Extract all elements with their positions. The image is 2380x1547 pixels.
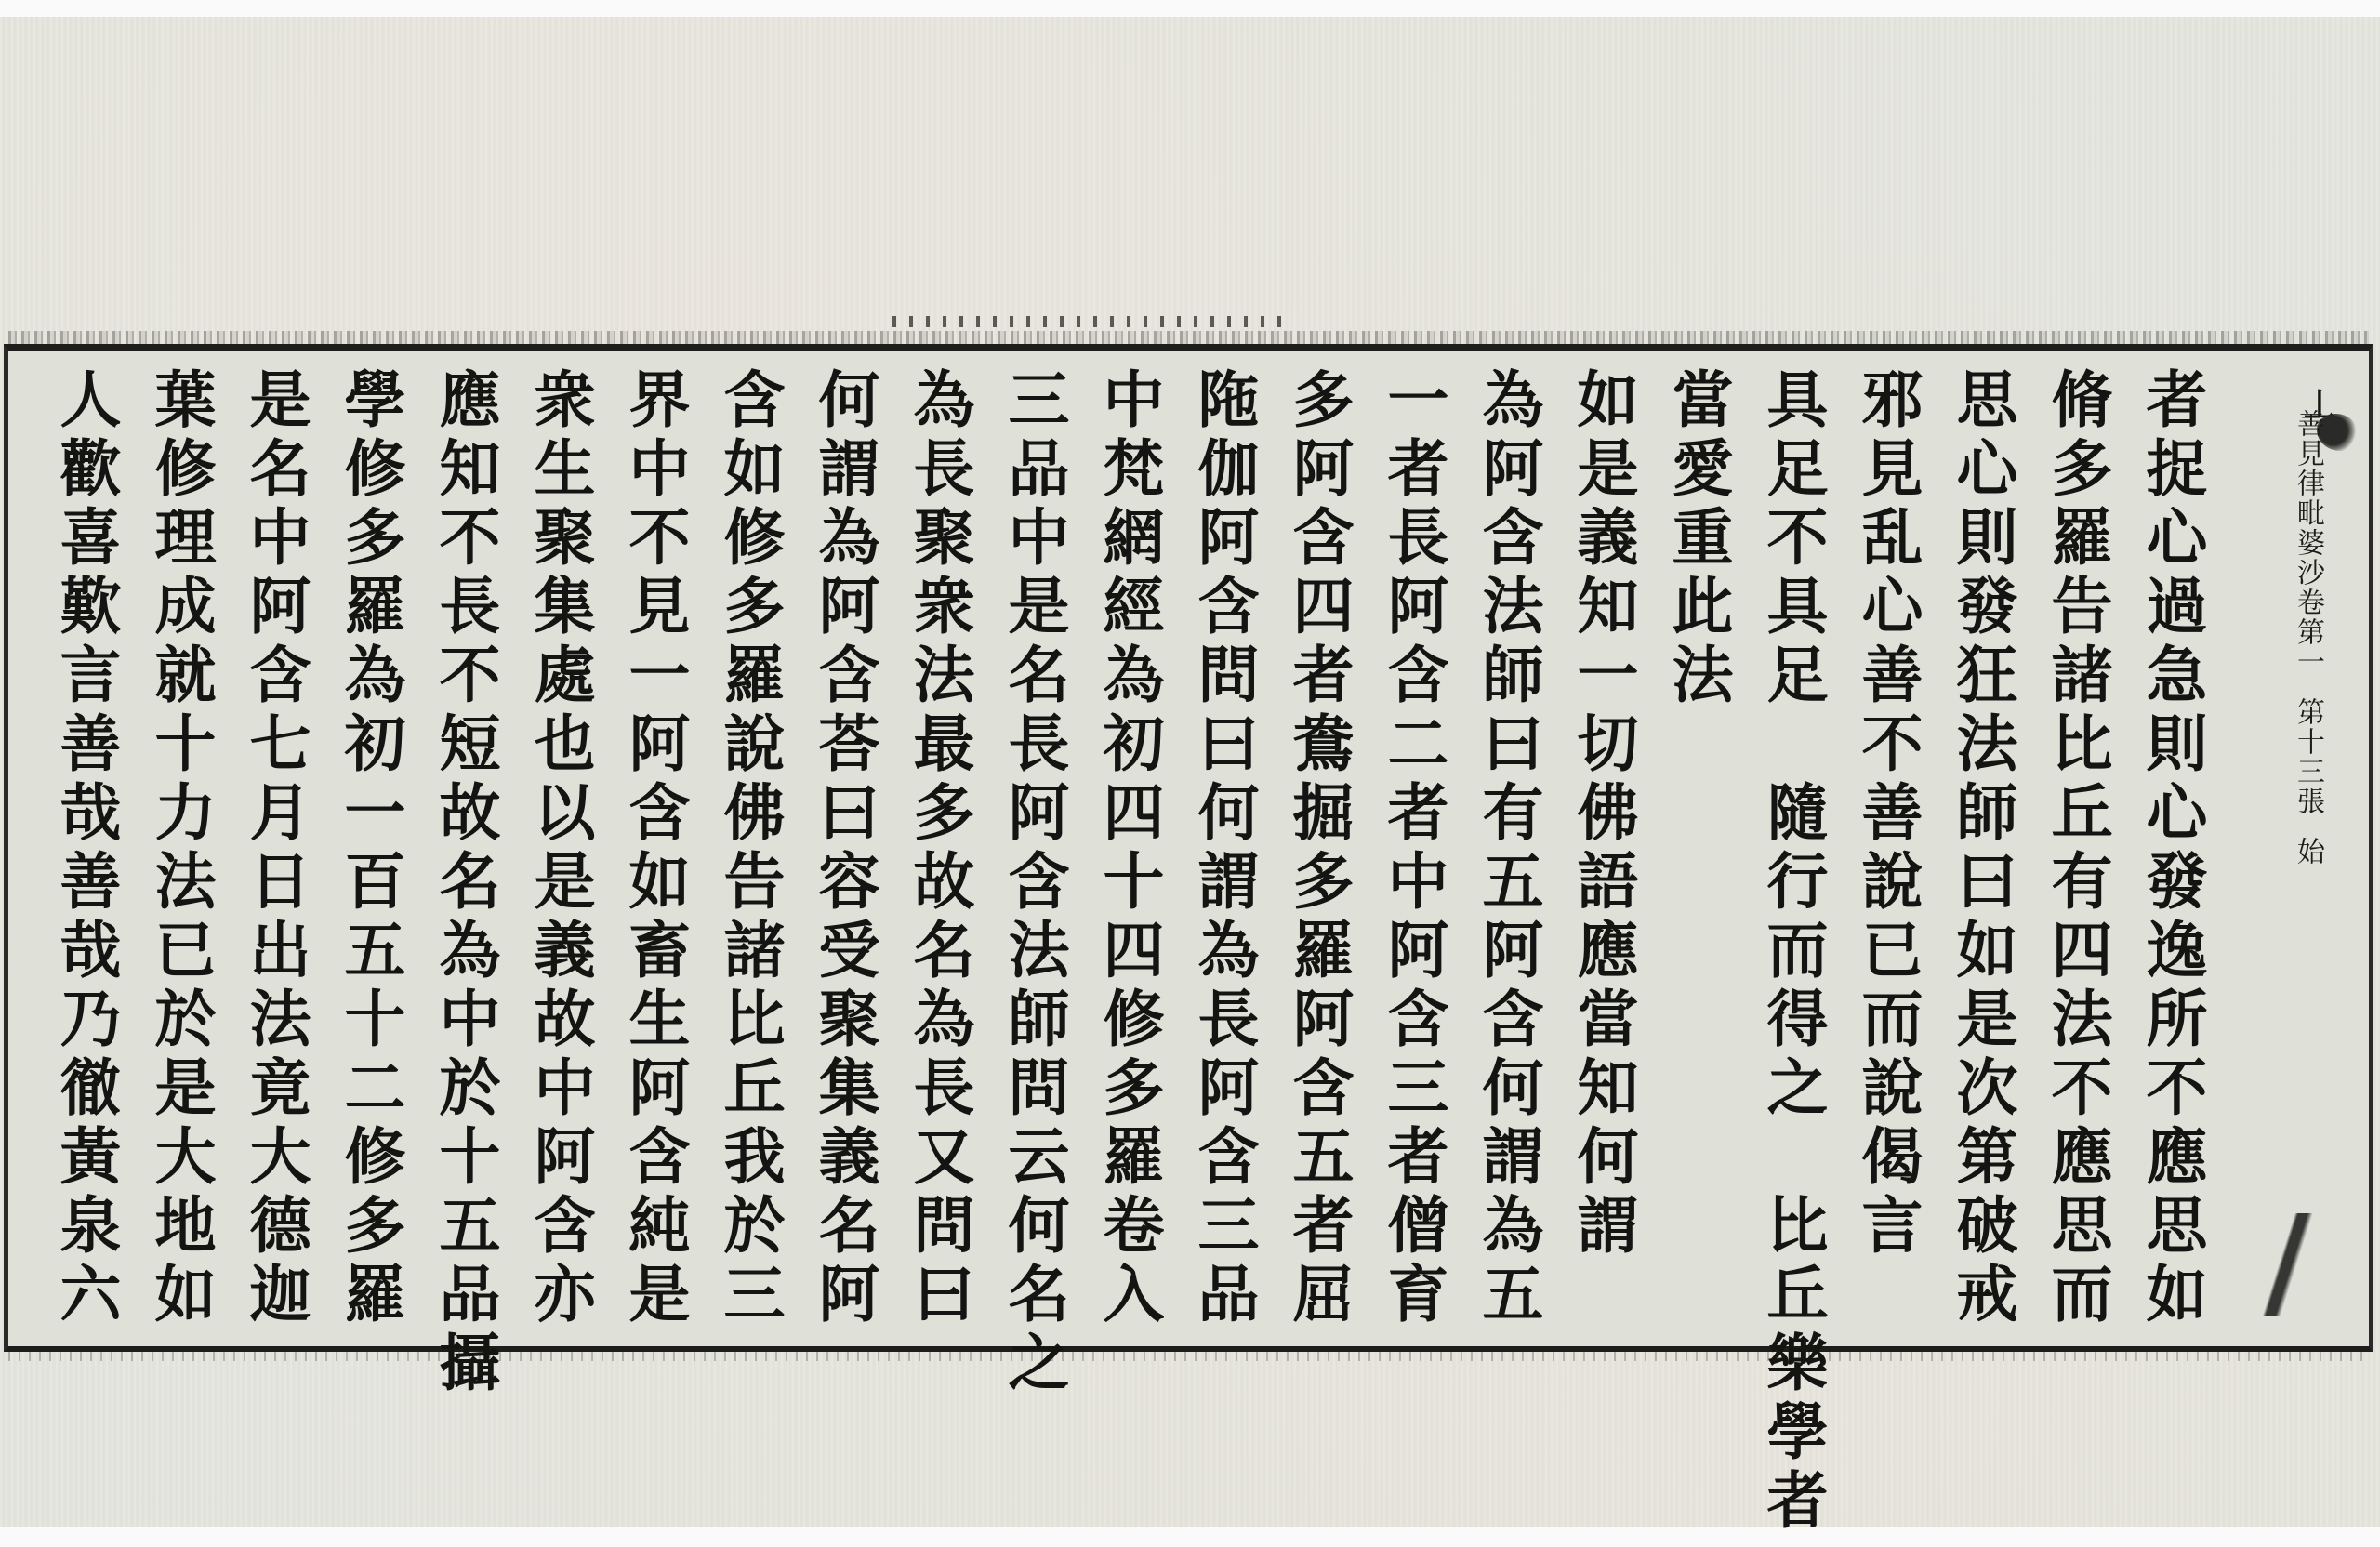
text-column-8: 為阿含法師曰有五阿含何謂為五 xyxy=(1465,367,1551,1330)
text-column-2: 脩多羅告諸比丘有四法不應思而 xyxy=(2034,367,2120,1330)
sheet-number: 第十三張 xyxy=(2292,697,2324,816)
text-column-10: 多阿含四者鴦掘多羅阿含五者屈 xyxy=(1276,367,1361,1330)
text-column-16: 含如修多羅說佛告諸比丘我於三 xyxy=(707,367,792,1330)
text-column-12: 中梵網經為初四十四修多羅卷入 xyxy=(1086,367,1171,1330)
text-column-21: 是名中阿含七月日出法竟大德迦 xyxy=(232,367,318,1330)
text-column-22: 葉修理成就十力法已於是大地如 xyxy=(138,367,223,1330)
text-column-1: 者捉心過急則心發逸所不應思如 xyxy=(2129,367,2215,1330)
text-column-18: 衆生聚集處也以是義故中阿含亦 xyxy=(517,367,602,1330)
text-column-13: 三品中是名長阿含法師問云何名之 xyxy=(991,367,1077,1399)
margin-mark: 始 xyxy=(2292,837,2324,866)
text-column-4: 邪見乱心善不善說已而說偈言 xyxy=(1844,367,1930,1262)
text-column-15: 何謂為阿含荅曰容受聚集義名阿 xyxy=(801,367,887,1330)
text-column-14: 為長聚衆法最多故名為長又問曰 xyxy=(896,367,982,1330)
text-column-11: 陁伽阿含問曰何謂為長阿含三品 xyxy=(1181,367,1266,1330)
text-column-23: 人歡喜歎言善哉善哉乃徹黃泉六 xyxy=(43,367,128,1330)
margin-title-note: 善見律毗婆沙卷第一第十三張始 xyxy=(2289,409,2326,866)
ink-smudge xyxy=(892,316,1283,327)
text-column-3: 思心則發狂法師曰如是次第破戒 xyxy=(1939,367,2025,1330)
text-column-19: 應知不長不短故名為中於十五品攝 xyxy=(422,367,508,1399)
text-column-7: 如是義知一切佛語應當知何謂 xyxy=(1560,367,1646,1262)
text-column-9: 一者長阿含二者中阿含三者僧育 xyxy=(1370,367,1456,1330)
text-column-6: 當愛重此法 xyxy=(1655,367,1740,711)
text-column-5: 具足不具足 隨行而得之 比丘樂學者 xyxy=(1750,367,1835,1537)
volume-title: 善見律毗婆沙卷第一 xyxy=(2292,409,2324,677)
text-column-17: 界中不見一阿含如畜生阿含純是 xyxy=(612,367,697,1330)
text-column-20: 學修多羅為初一百五十二修多羅 xyxy=(327,367,413,1330)
